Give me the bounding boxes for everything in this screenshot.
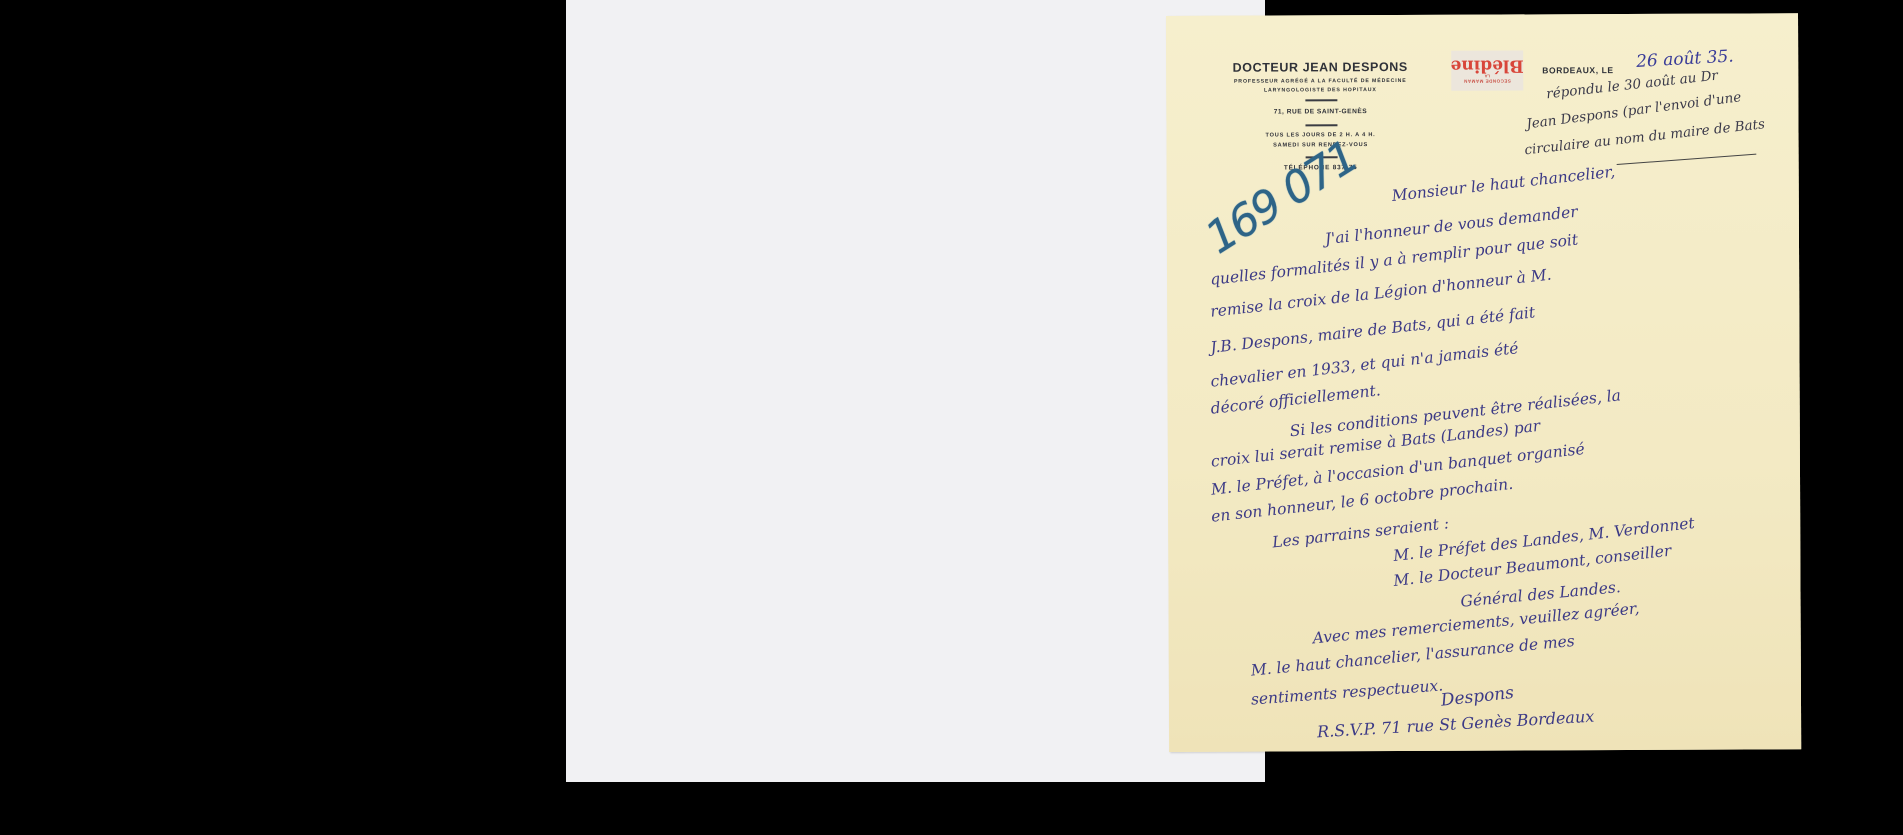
- letterhead-divider: [1305, 124, 1337, 126]
- letterhead-divider: [1305, 99, 1337, 101]
- postscript-rsvp: R.S.V.P. 71 rue St Genès Bordeaux: [1317, 707, 1595, 742]
- sticker-tagline: SECONDE MAMAN: [1464, 78, 1511, 83]
- closing-line: M. le haut chancelier, l'assurance de me…: [1250, 632, 1575, 680]
- letter-date: 26 août 35.: [1636, 46, 1735, 72]
- bledine-sticker: SECONDE MAMAN LA Blédine: [1451, 50, 1523, 90]
- letterhead-title-line: LARYNGOLOGISTE DES HOPITAUX: [1210, 87, 1430, 94]
- place-label: BORDEAUX, LE: [1542, 65, 1613, 75]
- letterhead-name: DOCTEUR JEAN DESPONS: [1210, 60, 1430, 75]
- letter-paper: DOCTEUR JEAN DESPONS PROFESSEUR AGRÉGÉ A…: [1166, 13, 1801, 752]
- letterhead-address: 71, RUE DE SAINT-GENÈS: [1210, 108, 1430, 116]
- scan-area: DOCTEUR JEAN DESPONS PROFESSEUR AGRÉGÉ A…: [566, 0, 1265, 782]
- closing-line: sentiments respectueux.: [1250, 676, 1443, 708]
- annotation-underline: [1617, 154, 1757, 165]
- letterhead-title-line: PROFESSEUR AGRÉGÉ A LA FACULTÉ DE MÉDECI…: [1210, 78, 1430, 85]
- sticker-brand: Blédine: [1451, 57, 1524, 73]
- signature: Despons: [1440, 683, 1515, 711]
- letterhead-hours: TOUS LES JOURS DE 2 H. A 4 H.: [1211, 132, 1431, 139]
